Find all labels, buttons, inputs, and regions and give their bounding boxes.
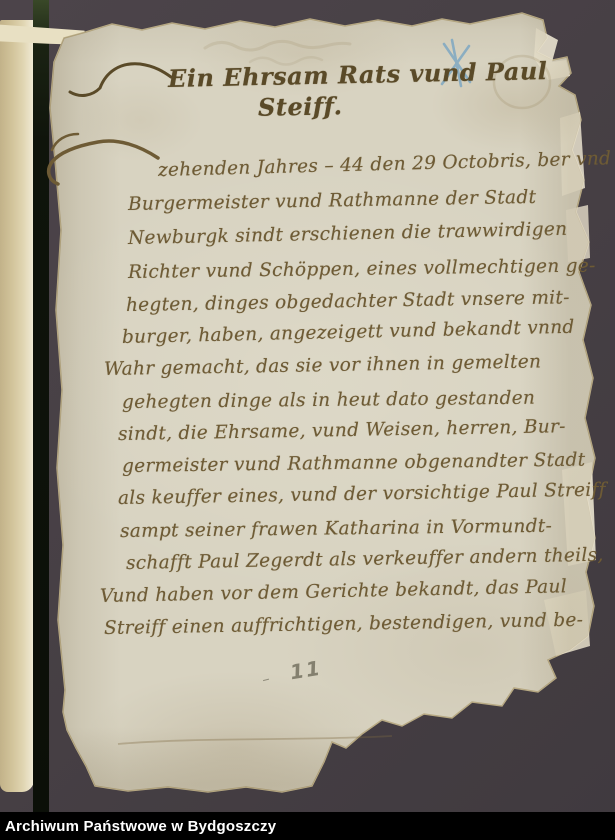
manuscript-line: germeister vund Rathmanne obgenandter St… (122, 450, 586, 477)
manuscript-line: schafft Paul Zegerdt als verkeuffer ande… (126, 545, 604, 574)
manuscript-line: Newburgk sindt erschienen die trawwirdig… (128, 219, 568, 249)
manuscript-line: Wahr gemacht, das sie vor ihnen in gemel… (104, 351, 542, 380)
manuscript-line: sindt, die Ehrsame, vund Weisen, herren,… (118, 416, 566, 445)
archive-name-label: Archiwum Państwowe w Bydgoszczy (0, 818, 276, 835)
manuscript-line: zehenden Jahres – 44 den 29 Octobris, be… (158, 148, 612, 181)
manuscript-line: Richter vund Schöppen, eines vollmechtig… (128, 255, 596, 283)
manuscript-line: Burgermeister vund Rathmanne der Stadt (128, 187, 537, 215)
page-number-pencil: 11 (288, 656, 323, 685)
manuscript-line: gehegten dinge als in heut dato gestande… (122, 388, 535, 413)
archival-scan-stage: Ein Ehrsam Rats vund Paul Steiff. zehend… (0, 0, 615, 840)
heading-line-2: Steiff. (258, 91, 343, 121)
manuscript-line: sampt seiner frawen Katharina in Vormund… (120, 516, 552, 542)
manuscript-line: als keuffer eines, vund der vorsichtige … (118, 479, 606, 509)
pencil-dash-mark: – (260, 669, 272, 688)
manuscript-line: hegten, dinges obgedachter Stadt vnsere … (126, 287, 570, 316)
archive-footer-bar: Archiwum Państwowe w Bydgoszczy (0, 812, 615, 840)
heading-line-1: Ein Ehrsam Rats vund Paul (168, 56, 548, 93)
manuscript-line: Streiff einen auffrichtigen, bestendigen… (104, 610, 584, 639)
manuscript-text-layer: Ein Ehrsam Rats vund Paul Steiff. zehend… (0, 0, 615, 812)
manuscript-line: burger, haben, angezeigett vund bekandt … (122, 317, 575, 348)
manuscript-line: Vund haben vor dem Gerichte bekandt, das… (100, 576, 567, 607)
